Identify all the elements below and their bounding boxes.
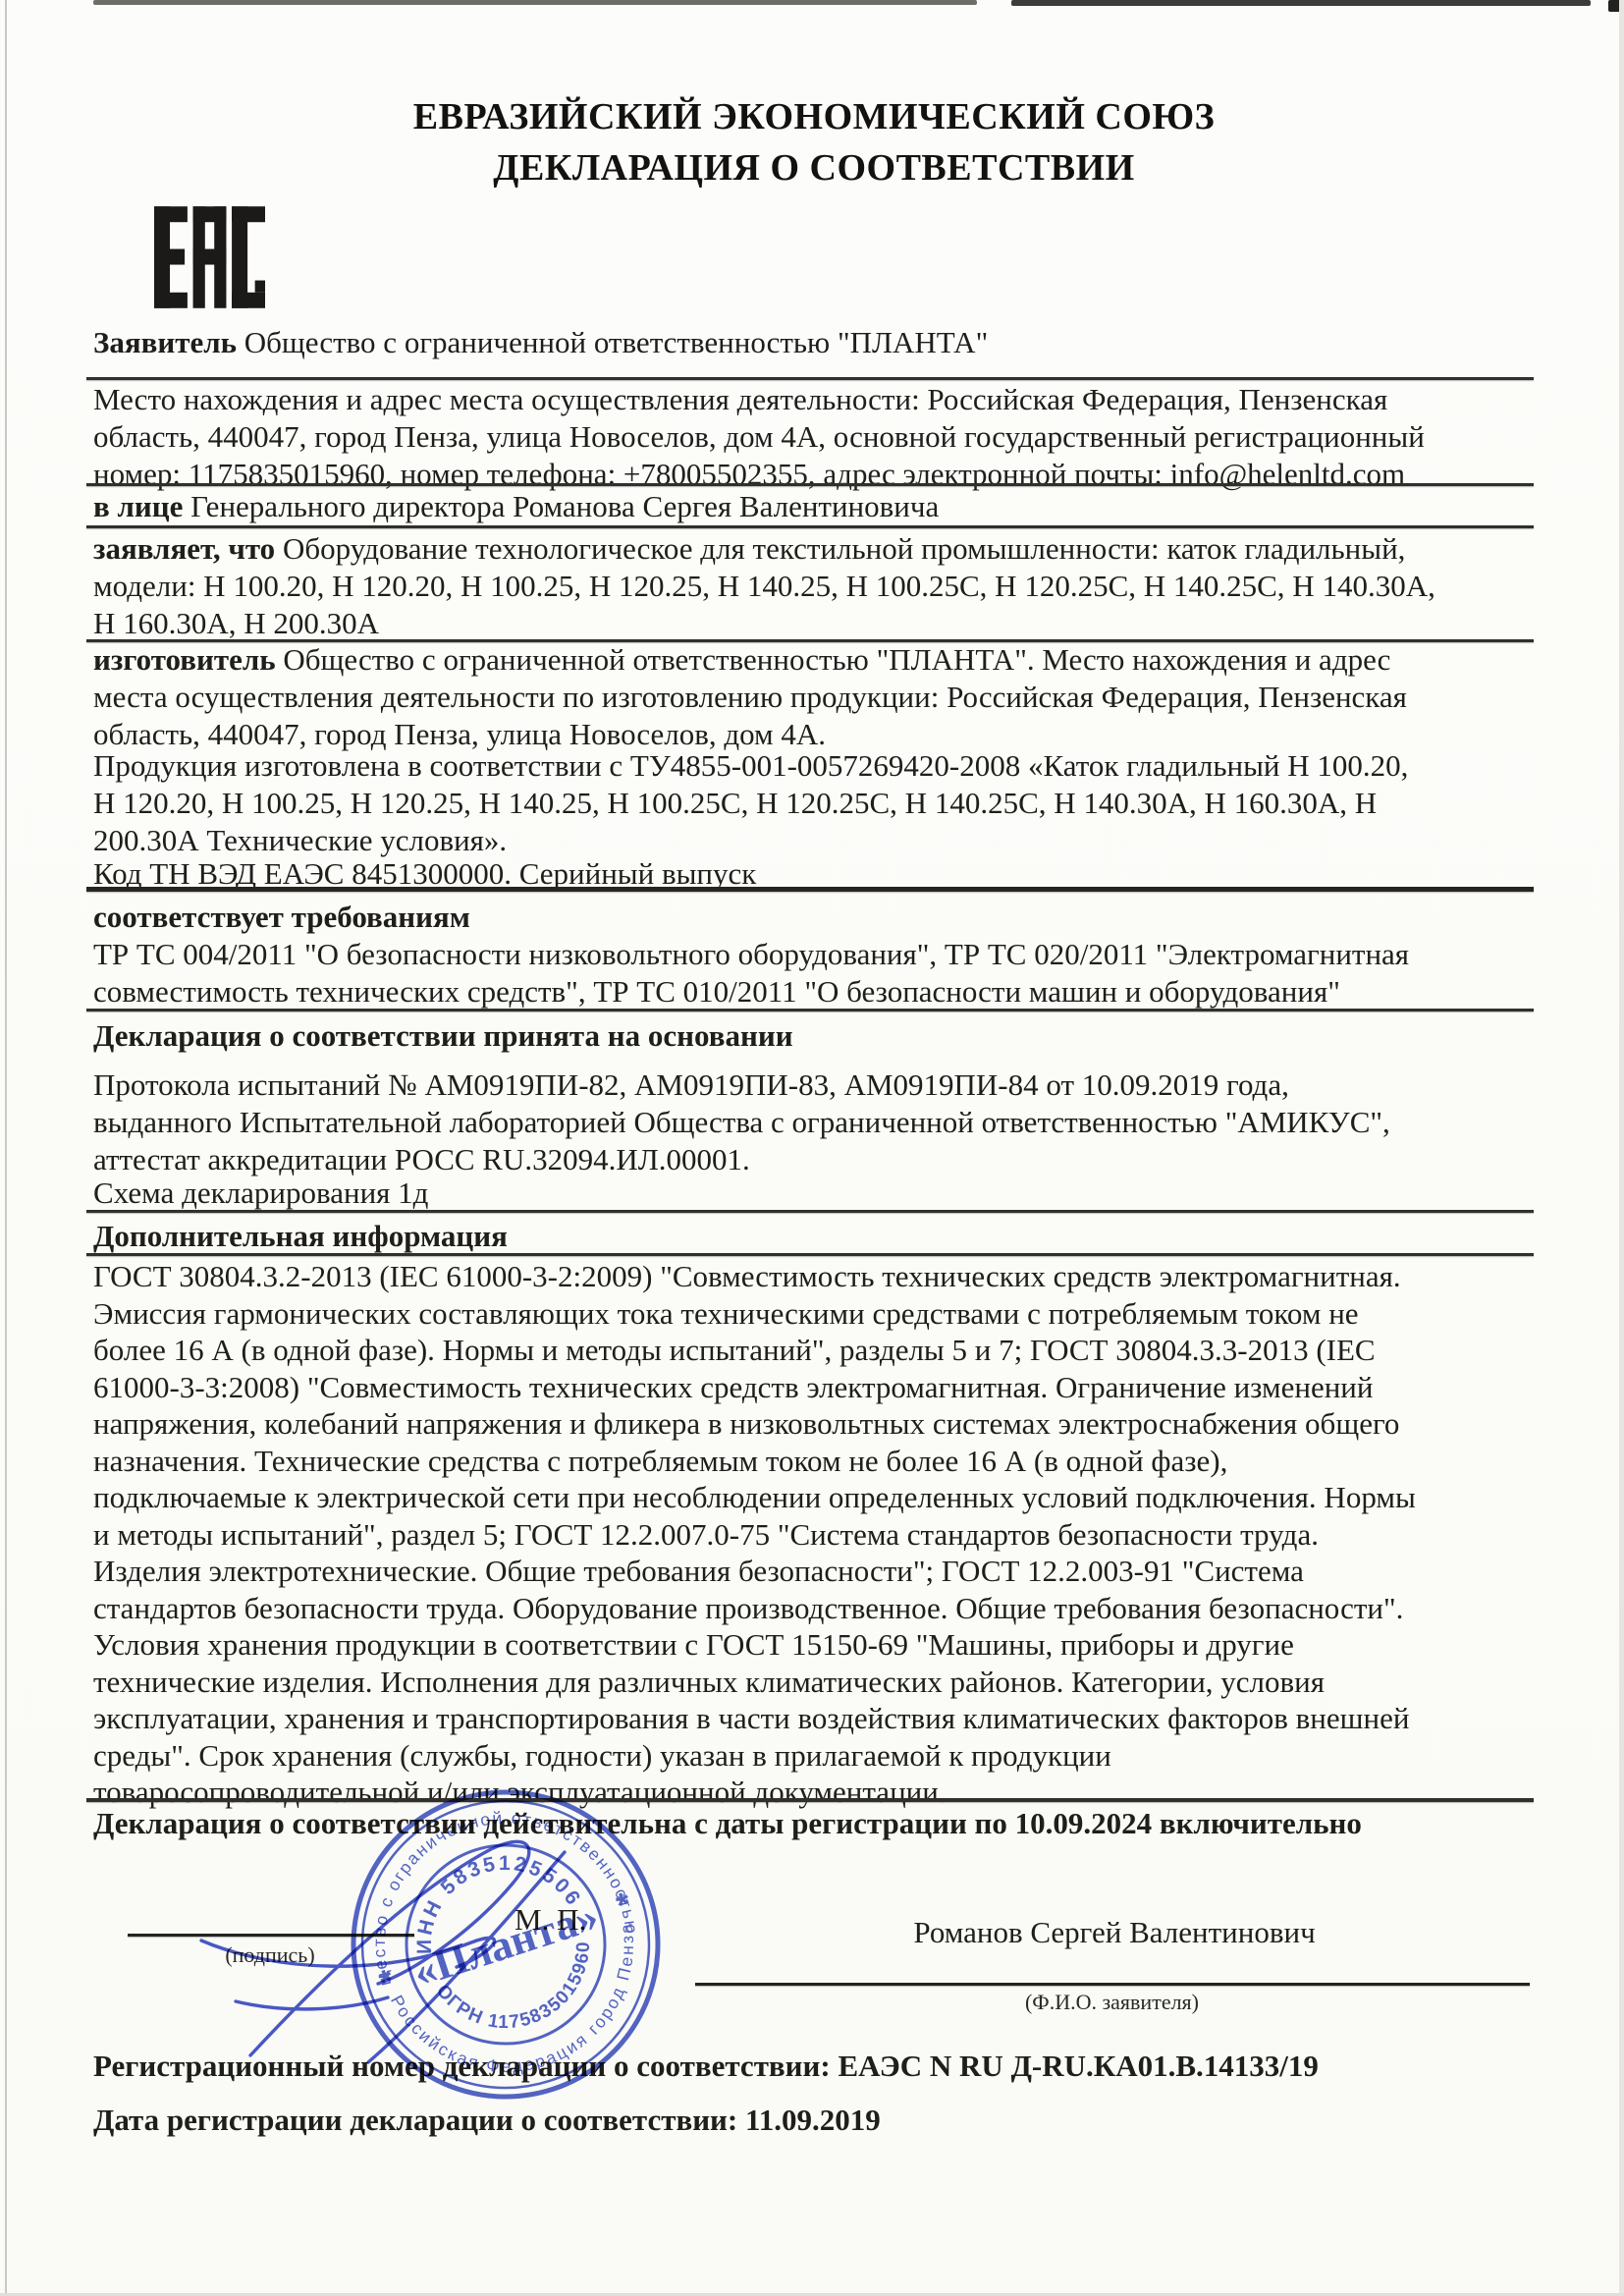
product-tu-paragraph: Продукция изготовлена в соответствии с Т… [93, 747, 1535, 859]
basis-line: Протокола испытаний № АМ0919ПИ-82, АМ091… [93, 1066, 1535, 1104]
declares-line: Оборудование технологическое для текстил… [283, 531, 1406, 566]
additional-info-line: Условия хранения продукции в соответстви… [93, 1626, 1535, 1664]
additional-info-line: и методы испытаний", раздел 5; ГОСТ 12.2… [93, 1516, 1535, 1554]
basis-line: выданного Испытательной лабораторией Общ… [93, 1104, 1535, 1141]
scan-artifact-top-left [93, 0, 977, 5]
divider-8 [86, 1253, 1534, 1256]
signature-strokes-icon [147, 1805, 658, 2080]
scan-artifact-top-right [1011, 0, 1591, 6]
additional-info-line: среды". Срок хранения (службы, годности)… [93, 1737, 1535, 1775]
additional-info-line: стандартов безопасности труда. Оборудова… [93, 1590, 1535, 1627]
product-tu-line: 200.30А Технические условия». [93, 822, 1535, 859]
complies-line: совместимость технических средств", ТР Т… [93, 973, 1535, 1011]
reg-date-line: Дата регистрации декларации о соответств… [93, 2102, 1535, 2139]
applicant-fio: Романов Сергей Валентинович [889, 1914, 1340, 1951]
declaration-document-page: ЕВРАЗИЙСКИЙ ЭКОНОМИЧЕСКИЙ СОЮЗ ДЕКЛАРАЦИ… [0, 0, 1624, 2296]
manufacturer-line: Общество с ограниченной ответственностью… [283, 642, 1390, 677]
additional-info-line: подключаемые к электрической сети при не… [93, 1479, 1535, 1516]
scheme-line: Схема декларирования 1д [93, 1175, 1535, 1212]
in-person-row: в лице Генерального директора Романова С… [93, 488, 1535, 525]
additional-info-line: ГОСТ 30804.3.2-2013 (IEC 61000-3-2:2009)… [93, 1258, 1535, 1295]
manufacturer-label: изготовитель [93, 642, 276, 677]
declares-label: заявляет, что [93, 531, 275, 566]
complies-heading: соответствует требованиям [93, 899, 1535, 936]
divider-3 [86, 525, 1534, 528]
document-title-line2: ДЕКЛАРАЦИЯ О СООТВЕТСТВИИ [93, 145, 1535, 191]
divider-1 [86, 377, 1534, 380]
divider-9 [86, 1798, 1534, 1802]
additional-info-line: эксплуатации, хранения и транспортирован… [93, 1700, 1535, 1737]
declares-line: Н 160.30А, Н 200.30А [93, 605, 1535, 642]
basis-heading: Декларация о соответствии принята на осн… [93, 1017, 1535, 1055]
additional-info-paragraph: ГОСТ 30804.3.2-2013 (IEC 61000-3-2:2009)… [93, 1258, 1535, 1811]
scan-edge-left [5, 0, 7, 2296]
basis-line: аттестат аккредитации РОСС RU.32094.ИЛ.0… [93, 1141, 1535, 1178]
divider-6 [86, 1009, 1534, 1011]
address-line: Место нахождения и адрес места осуществл… [93, 381, 1535, 418]
declares-line: модели: Н 100.20, Н 120.20, Н 100.25, Н … [93, 568, 1535, 605]
additional-info-heading: Дополнительная информация [93, 1218, 1535, 1255]
applicant-value: Общество с ограниченной ответственностью… [244, 325, 988, 359]
complies-line: ТР ТС 004/2011 "О безопасности низковоль… [93, 936, 1535, 973]
additional-info-line: более 16 А (в одной фазе). Нормы и метод… [93, 1332, 1535, 1369]
divider-5 [86, 887, 1534, 892]
additional-info-line: Эмиссия гармонических составляющих тока … [93, 1295, 1535, 1333]
manufacturer-line: места осуществления деятельности по изго… [93, 679, 1535, 716]
fio-caption: (Ф.И.О. заявителя) [1001, 1990, 1222, 2015]
eac-logo-icon [154, 202, 265, 312]
signature-line-right [695, 1983, 1530, 1986]
applicant-label: Заявитель [93, 325, 237, 359]
divider-2 [86, 483, 1534, 486]
additional-info-line: технические изделия. Исполнения для разл… [93, 1664, 1535, 1701]
additional-info-line: 61000-3-3:2008) "Совместимость техническ… [93, 1369, 1535, 1406]
additional-info-line: напряжения, колебаний напряжения и флике… [93, 1405, 1535, 1443]
in-person-value: Генерального директора Романова Сергея В… [190, 489, 939, 523]
declares-paragraph: заявляет, что Оборудование технологическ… [93, 530, 1535, 642]
address-line: область, 440047, город Пенза, улица Ново… [93, 418, 1535, 456]
scan-edge-right [1619, 0, 1624, 2296]
applicant-row: Заявитель Общество с ограниченной ответс… [93, 324, 1535, 361]
product-tu-line: Н 120.20, Н 100.25, Н 120.25, Н 140.25, … [93, 785, 1535, 822]
additional-info-line: Изделия электротехнические. Общие требов… [93, 1553, 1535, 1590]
in-person-label: в лице [93, 489, 183, 523]
additional-info-line: назначения. Технические средства с потре… [93, 1443, 1535, 1480]
complies-paragraph: ТР ТС 004/2011 "О безопасности низковоль… [93, 936, 1535, 1011]
manufacturer-paragraph: изготовитель Общество с ограниченной отв… [93, 641, 1535, 753]
product-tu-line: Продукция изготовлена в соответствии с Т… [93, 747, 1535, 785]
basis-paragraph: Протокола испытаний № АМ0919ПИ-82, АМ091… [93, 1066, 1535, 1178]
document-title-line1: ЕВРАЗИЙСКИЙ ЭКОНОМИЧЕСКИЙ СОЮЗ [93, 94, 1535, 139]
divider-7 [86, 1210, 1534, 1213]
address-paragraph: Место нахождения и адрес места осуществл… [93, 381, 1535, 493]
